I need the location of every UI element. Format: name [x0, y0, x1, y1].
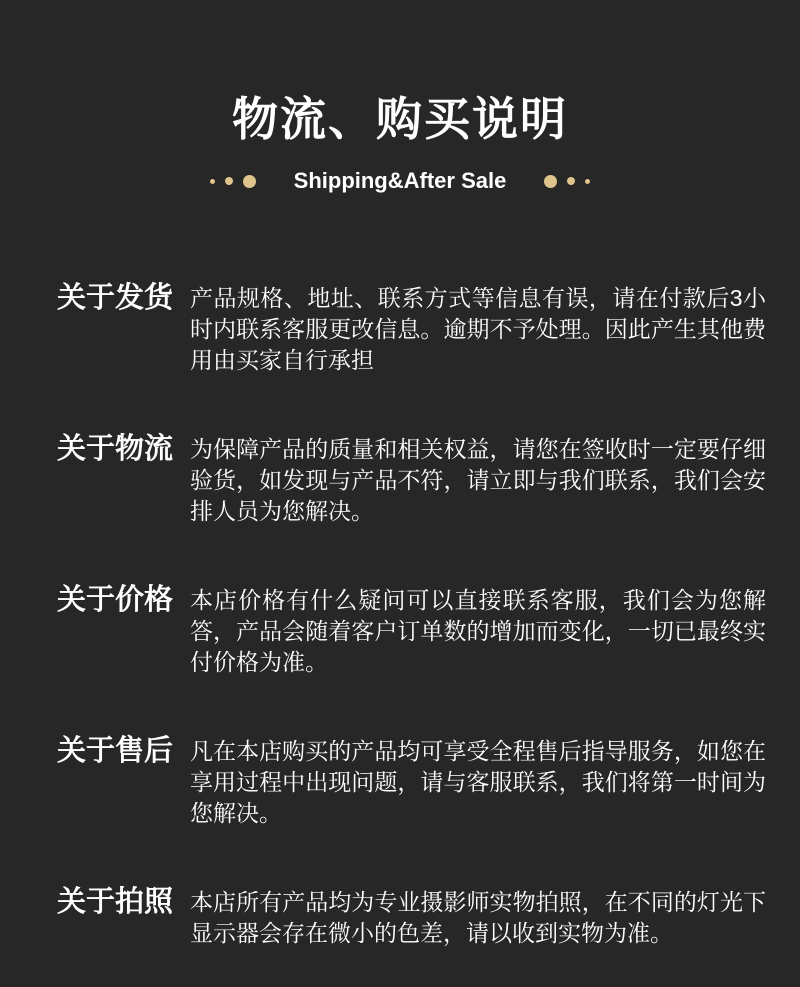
accent-dots-left: [210, 175, 256, 188]
dot-icon: [210, 179, 215, 184]
info-section: 关于物流 为保障产品的质量和相关权益，请您在签收时一定要仔细验货，如发现与产品不…: [0, 434, 800, 527]
page-title: 物流、购买说明: [0, 94, 800, 144]
section-text: 本店所有产品均为专业摄影师实物拍照，在不同的灯光下显示器会存在微小的色差，请以收…: [190, 887, 766, 949]
dot-icon: [544, 175, 557, 188]
info-section: 关于拍照 本店所有产品均为专业摄影师实物拍照，在不同的灯光下显示器会存在微小的色…: [0, 887, 800, 949]
page-header: 物流、购买说明 Shipping&After Sale: [0, 0, 800, 194]
subtitle-row: Shipping&After Sale: [0, 168, 800, 194]
section-label: 关于物流: [57, 434, 190, 465]
page-subtitle: Shipping&After Sale: [294, 168, 507, 194]
shipping-info-page: 物流、购买说明 Shipping&After Sale 关于发货 产品规格、地址…: [0, 0, 800, 987]
section-text: 凡在本店购买的产品均可享受全程售后指导服务，如您在享用过程中出现问题，请与客服联…: [190, 736, 766, 829]
accent-dots-right: [544, 175, 590, 188]
section-label: 关于拍照: [57, 887, 190, 918]
section-label: 关于价格: [57, 585, 190, 616]
section-text: 本店价格有什么疑问可以直接联系客服，我们会为您解答，产品会随着客户订单数的增加而…: [190, 585, 766, 678]
sections-list: 关于发货 产品规格、地址、联系方式等信息有误，请在付款后3小时内联系客服更改信息…: [0, 283, 800, 949]
dot-icon: [225, 177, 233, 185]
dot-icon: [567, 177, 575, 185]
info-section: 关于发货 产品规格、地址、联系方式等信息有误，请在付款后3小时内联系客服更改信息…: [0, 283, 800, 376]
info-section: 关于售后 凡在本店购买的产品均可享受全程售后指导服务，如您在享用过程中出现问题，…: [0, 736, 800, 829]
info-section: 关于价格 本店价格有什么疑问可以直接联系客服，我们会为您解答，产品会随着客户订单…: [0, 585, 800, 678]
section-text: 产品规格、地址、联系方式等信息有误，请在付款后3小时内联系客服更改信息。逾期不予…: [190, 283, 766, 376]
section-label: 关于售后: [57, 736, 190, 767]
dot-icon: [585, 179, 590, 184]
dot-icon: [243, 175, 256, 188]
section-label: 关于发货: [57, 283, 190, 314]
section-text: 为保障产品的质量和相关权益，请您在签收时一定要仔细验货，如发现与产品不符，请立即…: [190, 434, 766, 527]
